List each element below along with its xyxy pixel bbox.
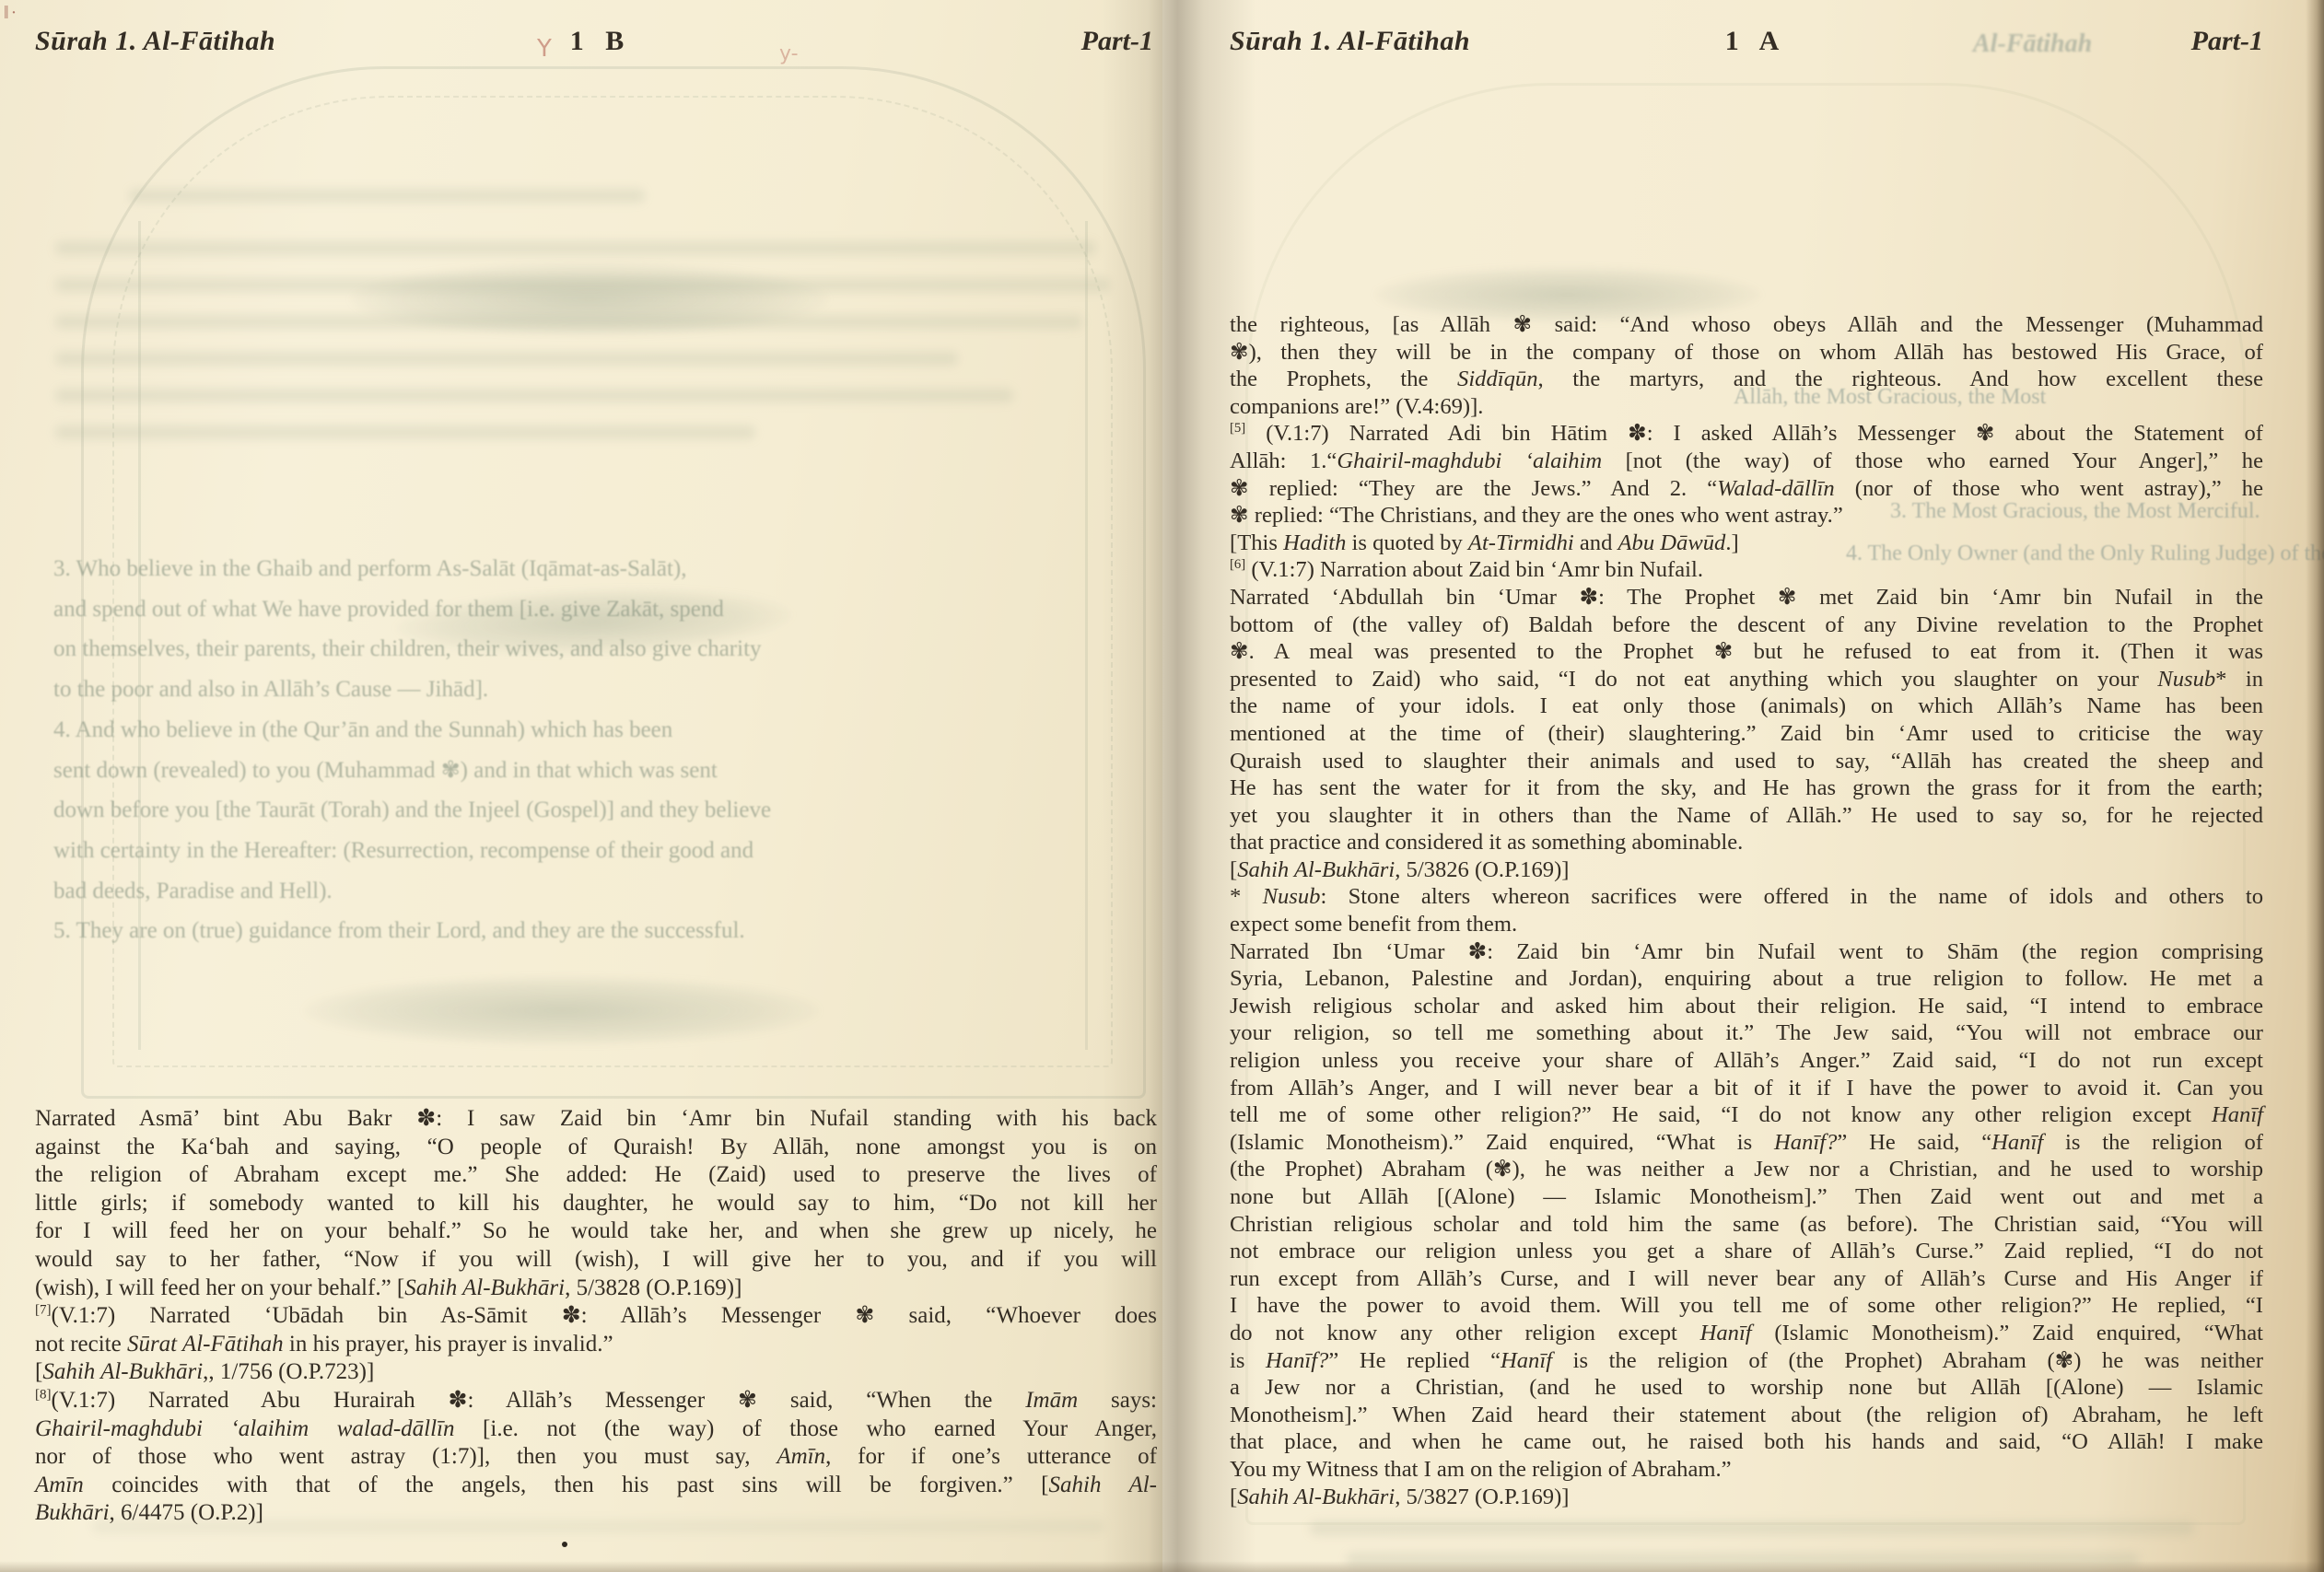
pen-mark-y: Y (537, 35, 552, 63)
text-line: Narrated Asmā’ bint Abu Bakr ✽: I saw Za… (35, 1105, 1157, 1134)
text-line: not recite Sūrat Al-Fātihah in his praye… (35, 1331, 1157, 1359)
ghost-band (55, 278, 1110, 292)
text-line: yet you slaughter it in others than the … (1230, 802, 2263, 830)
hadith-text-column-right: the righteous, [as Allāh ✾ said: “And wh… (1230, 311, 2263, 1510)
text-line: Monotheism].” When Zaid heard their stat… (1230, 1402, 2263, 1429)
text-line: a Jew nor a Christian, (and he used to w… (1230, 1374, 2263, 1402)
text-line: Allāh: 1.“Ghairil-maghdubi ‘alaihim [not… (1230, 448, 2263, 475)
text-line: Narrated Ibn ‘Umar ✽: Zaid bin ‘Amr bin … (1230, 938, 2263, 966)
text-line: tell me of some other religion?” He said… (1230, 1101, 2263, 1129)
ghost-band (1310, 1521, 2194, 1535)
text-line: [7](V.1:7) Narrated ‘Ubādah bin As-Sāmit… (35, 1302, 1157, 1331)
page-title: Sūrah 1. Al-Fātihah (35, 26, 275, 57)
text-line: little girls; if somebody wanted to kill… (35, 1190, 1157, 1218)
text-line: [5] (V.1:7) Narrated Adi bin Hātim ✽: I … (1230, 420, 2263, 448)
ghost-text-line: down before you [the Taurāt (Torah) and … (53, 790, 1122, 831)
text-line: Syria, Lebanon, Palestine and Jordan), e… (1230, 965, 2263, 993)
left-page: ‖· Sūrah 1. Al-Fātihah 1 B Part-1 Y y- 3… (0, 0, 1162, 1572)
text-line: is Hanīf?” He replied “Hanīf is the reli… (1230, 1347, 2263, 1375)
ghost-calligraphy-blob (304, 976, 820, 1045)
ghost-band (55, 241, 1096, 255)
ink-dot (562, 1542, 567, 1547)
text-line: (wish), I will feed her on your behalf.”… (35, 1275, 1157, 1303)
text-line: the religion of Abraham except me.” She … (35, 1161, 1157, 1190)
text-line: would say to her father, “Now if you wil… (35, 1246, 1157, 1275)
text-line: [This Hadith is quoted by At-Tirmidhi an… (1230, 530, 2263, 557)
ghost-text-line: 3. Who believe in the Ghaib and perform … (53, 549, 1122, 589)
ghost-text-line: with certainty in the Hereafter: (Resurr… (53, 831, 1122, 871)
right-page: Sūrah 1. Al-Fātihah 1 A Al-Fātihah Part-… (1162, 0, 2324, 1572)
text-line: Jewish religious scholar and asked him a… (1230, 993, 2263, 1020)
ghost-band (55, 389, 1013, 402)
text-line: none but Allāh [(Alone) — Islamic Monoth… (1230, 1183, 2263, 1211)
text-line: mentioned at the time of (their) slaught… (1230, 720, 2263, 748)
ghost-band (129, 189, 645, 203)
page-number: 1 A (1678, 26, 1826, 57)
ghost-text-line: sent down (revealed) to you (Muhammad ✾)… (53, 751, 1122, 791)
text-line: for I will feed her on your behalf.” So … (35, 1217, 1157, 1246)
page-title: Sūrah 1. Al-Fātihah (1230, 26, 1470, 57)
text-line: ✾. A meal was presented to the Prophet ✾… (1230, 638, 2263, 666)
page-edge-shadow (0, 1561, 2324, 1572)
text-line: your religion, so tell me something abou… (1230, 1019, 2263, 1047)
text-line: against the Ka‘bah and saying, “O people… (35, 1134, 1157, 1162)
text-line: the Prophets, the Siddīqūn, the martyrs,… (1230, 366, 2263, 393)
text-line: expect some benefit from them. (1230, 911, 2263, 938)
text-line: He has sent the water for it from the sk… (1230, 774, 2263, 802)
ghost-text-line: 5. They are on (true) guidance from thei… (53, 911, 1122, 951)
part-label: Part-1 (1081, 26, 1153, 57)
ghost-text-line: to the poor and also in Allāh’s Cause — … (53, 670, 1122, 710)
text-line: the righteous, [as Allāh ✾ said: “And wh… (1230, 311, 2263, 339)
text-line: that practice and considered it as somet… (1230, 829, 2263, 856)
text-line: Bukhāri, 6/4475 (O.P.2)] (35, 1499, 1157, 1528)
ghost-band (55, 352, 958, 366)
text-line: [Sahih Al-Bukhāri, 5/3826 (O.P.169)] (1230, 856, 2263, 884)
text-line: nor of those who went astray (1:7)], the… (35, 1443, 1157, 1472)
text-line: Ghairil-maghdubi ‘alaihim walad-dāllīn [… (35, 1415, 1157, 1444)
ghost-text-line: on themselves, their parents, their chil… (53, 629, 1122, 670)
text-line: [8](V.1:7) Narrated Abu Hurairah ✽: Allā… (35, 1387, 1157, 1415)
ghost-calligraphy-blob (395, 583, 793, 661)
text-line: [Sahih Al-Bukhāri, 5/3827 (O.P.169)] (1230, 1484, 2263, 1511)
ghost-text-line: 4. And who believe in (the Qur’ān and th… (53, 710, 1122, 751)
ghost-text-block: 3. Who believe in the Ghaib and perform … (53, 549, 1122, 951)
text-line: run except from Allāh’s Curse, and I wil… (1230, 1265, 2263, 1293)
text-line: bottom of (the valley of) Baldah before … (1230, 611, 2263, 639)
text-line: [6] (V.1:7) Narration about Zaid bin ‘Am… (1230, 556, 2263, 584)
text-line: religion unless you receive your share o… (1230, 1047, 2263, 1075)
text-line: ✾ replied: “The Christians, and they are… (1230, 502, 2263, 530)
text-line: Narrated ‘Abdullah bin ‘Umar ✽: The Prop… (1230, 584, 2263, 611)
text-line: * Nusub: Stone alters whereon sacrifices… (1230, 883, 2263, 911)
text-line: not embrace our religion unless you get … (1230, 1238, 2263, 1265)
text-line: presented to Zaid) who said, “I do not e… (1230, 666, 2263, 693)
page-edge-shadow (2306, 0, 2324, 1572)
ghost-frame-pillar (138, 221, 141, 1050)
corner-smudge-marks: ‖· (4, 3, 18, 24)
text-line: [Sahih Al-Bukhāri,, 1/756 (O.P.723)] (35, 1358, 1157, 1387)
ghost-frame-pillar (1085, 221, 1088, 1050)
ghost-text-line: bad deeds, Paradise and Hell). (53, 871, 1122, 912)
text-line: Amīn coincides with that of the angels, … (35, 1472, 1157, 1500)
ghost-frame-inner (112, 96, 1113, 1067)
text-line: ✾), then they will be in the company of … (1230, 339, 2263, 367)
text-line: (the Prophet) Abraham (✾), he was neithe… (1230, 1156, 2263, 1183)
ghost-header-fragment: Al-Fātihah (1973, 29, 2092, 59)
ghost-text-line: and spend out of what We have provided f… (53, 589, 1122, 630)
text-line: ✾ replied: “They are the Jews.” And 2. “… (1230, 475, 2263, 503)
text-line: companions are!” (V.4:69)]. (1230, 393, 2263, 421)
text-line: from Allāh’s Anger, and I will never bea… (1230, 1075, 2263, 1102)
text-line: Christian religious scholar and told him… (1230, 1211, 2263, 1239)
ghost-band (55, 425, 755, 439)
text-line: that place, and when he came out, he rai… (1230, 1428, 2263, 1456)
text-line: You my Witness that I am on the religion… (1230, 1456, 2263, 1484)
text-line: I have the power to avoid them. Will you… (1230, 1292, 2263, 1320)
text-line: the name of your idols. I eat only those… (1230, 693, 2263, 720)
part-label: Part-1 (2191, 26, 2263, 57)
hadith-text-column-left: Narrated Asmā’ bint Abu Bakr ✽: I saw Za… (35, 1105, 1157, 1528)
ghost-calligraphy-blob (350, 262, 829, 336)
pen-mark-stray: y- (779, 42, 799, 65)
ghost-frame-outer (81, 66, 1146, 1099)
ghost-band (55, 315, 1082, 329)
text-line: (Islamic Monotheism).” Zaid enquired, “W… (1230, 1129, 2263, 1157)
text-line: Quraish used to slaughter their animals … (1230, 748, 2263, 775)
text-line: do not know any other religion except Ha… (1230, 1320, 2263, 1347)
